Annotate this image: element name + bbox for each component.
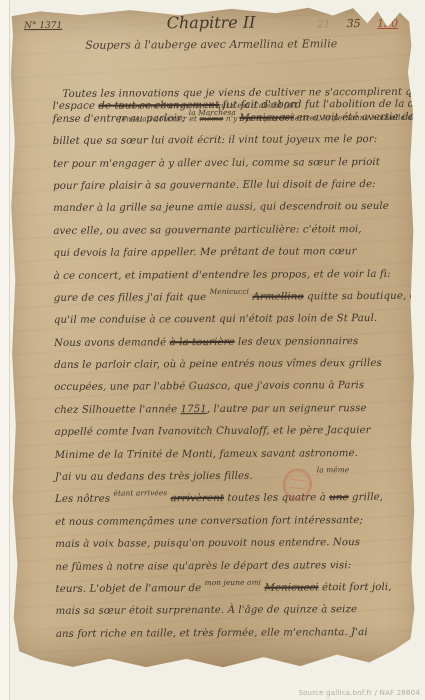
struck-text: une	[329, 493, 349, 504]
handwritten-text: les deux pensionnaires	[235, 336, 359, 348]
handwritten-text: et nous commençâmes une conversation for…	[55, 515, 363, 528]
manuscript-body: Toutes les innovations que je viens de c…	[8, 6, 418, 647]
manuscript-line: pour faire plaisir à sa gouvernante. Ell…	[53, 174, 411, 199]
page-gutter-edge	[0, 0, 10, 700]
handwritten-text: à ce concert, et impatient d'entendre le…	[54, 268, 391, 281]
handwritten-text: 1751	[180, 404, 206, 415]
manuscript-line: mais à voix basse, puisqu'on pouvoit nou…	[55, 532, 413, 557]
handwritten-text: billet que sa sœur lui avoit écrit: il v…	[53, 134, 377, 147]
manuscript-line: avec elle, ou avec sa gouvernante partic…	[53, 219, 411, 244]
manuscript-line: Minime de la Trinité de Monti, fameux sa…	[55, 442, 413, 467]
handwritten-text: teurs. L'objet de l'amour de	[55, 583, 204, 595]
gallica-watermark: Source gallica.bnf.fr / NAF 28604	[298, 689, 420, 697]
handwritten-text: ne fûmes à notre aise qu'après le départ…	[55, 560, 351, 573]
manuscript-line: mais sa sœur étoit surprenante. À l'âge …	[56, 599, 414, 624]
handwritten-text: occupées, une par l'abbé Guasco, que j'a…	[54, 381, 364, 394]
manuscript-line: et nous commençâmes une conversation for…	[55, 510, 413, 535]
handwritten-text: J'ai vu au dedans des très jolies filles…	[55, 471, 253, 483]
handwritten-text: quitte sa boutique, et	[304, 291, 420, 303]
manuscript-line: qu'il me conduise à ce couvent qui n'éto…	[54, 308, 412, 333]
handwritten-text: mais à voix basse, puisqu'on pouvoit nou…	[55, 537, 360, 550]
manuscript-line: ne fûmes à notre aise qu'après le départ…	[55, 554, 413, 579]
handwritten-text: chez Silhouette l'année	[54, 404, 180, 416]
manuscript-line: à ce concert, et impatient d'entendre le…	[54, 263, 412, 288]
manuscript-page: N° 1371 Chapitre II 21 35 130 Soupers à …	[8, 6, 418, 671]
handwritten-text: en avoit été avertie dans un	[293, 111, 425, 123]
manuscript-line: dans le parloir clair, où à peine entrés…	[54, 353, 412, 378]
interlinear-correction: mon jeune ami	[205, 578, 262, 587]
interlinear-correction: Menicucci	[210, 287, 250, 296]
handwritten-text: gure de ces filles j'ai fait que	[54, 292, 210, 304]
handwritten-text: étoit fort joli,	[319, 582, 392, 593]
struck-text: Armellino	[252, 291, 303, 302]
manuscript-line: mander à la grille sa jeune amie aussi, …	[53, 196, 411, 221]
manuscript-line: Les nôtres étant arrivées arrivèrent tou…	[55, 487, 413, 512]
handwritten-text: ter pour m'engager à y aller avec lui, c…	[53, 157, 380, 170]
manuscript-line: teurs. L'objet de l'amour de mon jeune a…	[55, 577, 413, 602]
manuscript-line: fense d'entrer au parloir; la Marchesa M…	[53, 107, 411, 132]
struck-text: Menicucci	[239, 112, 293, 123]
handwritten-text: Les nôtres	[55, 494, 114, 505]
handwritten-text: mander à la grille sa jeune amie aussi, …	[53, 201, 389, 214]
handwritten-text: , l'autre par un seigneur russe	[207, 403, 367, 415]
manuscript-line: chez Silhouette l'année 1751, l'autre pa…	[54, 398, 412, 423]
handwritten-text: qui devois la faire appeller. Me prêtant…	[53, 246, 356, 259]
struck-text: à la tourière	[170, 337, 235, 348]
struck-text: arrivèrent	[171, 493, 224, 504]
handwritten-text: fense d'entrer au parloir;	[53, 113, 189, 125]
scanned-manuscript-viewer: { "page": { "header": { "catalog_number"…	[0, 0, 425, 700]
manuscript-line: occupées, une par l'abbé Guasco, que j'a…	[54, 375, 412, 400]
manuscript-line: ter pour m'engager à y aller avec lui, c…	[53, 151, 411, 176]
handwritten-text: Minime de la Trinité de Monti, fameux sa…	[55, 448, 358, 461]
handwritten-text: grille,	[349, 492, 384, 503]
interlinear-correction: la Marchesa	[189, 108, 236, 117]
handwritten-text: appellé comte Ivan Ivanovitch Chuvaloff,…	[55, 425, 371, 438]
handwritten-text: mais sa sœur étoit surprenante. À l'âge …	[56, 604, 358, 617]
manuscript-line: qui devois la faire appeller. Me prêtant…	[53, 241, 411, 266]
interlinear-correction: la même	[317, 465, 350, 474]
handwritten-text: dans le parloir clair, où à peine entrés…	[54, 358, 382, 371]
handwritten-text: ans fort riche en taille, et très formée…	[56, 627, 368, 640]
handwritten-text: Nous avons demandé	[54, 337, 170, 349]
manuscript-line: appellé comte Ivan Ivanovitch Chuvaloff,…	[55, 420, 413, 445]
handwritten-text: toutes les quatre à	[224, 493, 329, 505]
handwritten-text: pour faire plaisir à sa gouvernante. Ell…	[53, 179, 376, 192]
manuscript-line: gure de ces filles j'ai fait que Menicuc…	[54, 286, 412, 311]
struck-text: Menicucci	[264, 582, 318, 593]
manuscript-line: billet que sa sœur lui avoit écrit: il v…	[53, 129, 411, 154]
manuscript-line: J'ai vu au dedans des très jolies filles…	[55, 465, 413, 490]
manuscript-line: ans fort riche en taille, et très formée…	[56, 622, 414, 647]
handwritten-text: qu'il me conduise à ce couvent qui n'éto…	[54, 313, 377, 326]
handwritten-text: avec elle, ou avec sa gouvernante partic…	[53, 224, 361, 237]
manuscript-line: Nous avons demandé à la tourière les deu…	[54, 330, 412, 355]
interlinear-correction: étant arrivées	[113, 489, 167, 498]
